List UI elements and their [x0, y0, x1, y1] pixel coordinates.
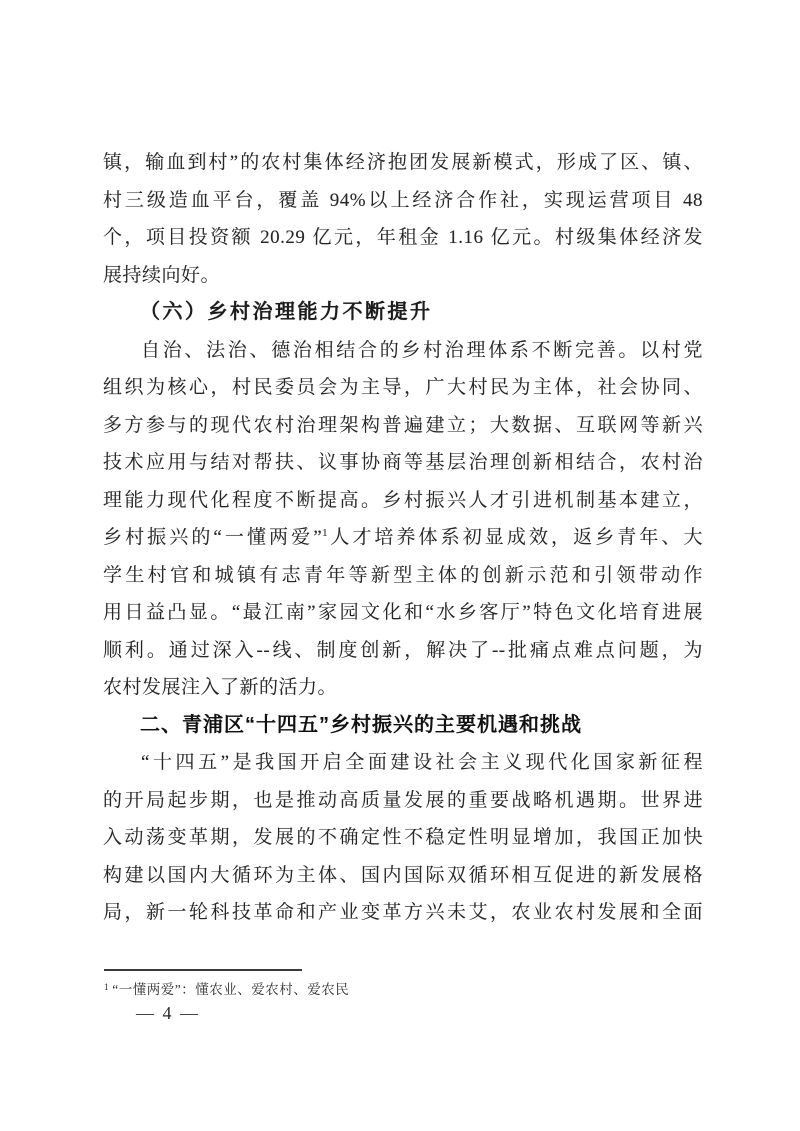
body-text-line: 个，项目投资额 20.29 亿元，年租金 1.16 亿元。村级集体经济发: [103, 219, 703, 257]
body-text-line: 镇，输血到村”的农村集体经济抱团发展新模式，形成了区、镇、: [103, 144, 703, 182]
section-6-heading: （六）乡村治理能力不断提升: [103, 294, 703, 332]
footnote-text: 1“一懂两爱”：懂农业、爱农村、爱农民: [104, 979, 664, 999]
body-text-line: 入动荡变革期，发展的不确定性不稳定性明显增加，我国正加快: [103, 819, 703, 857]
body-text-line: 村三级造血平台，覆盖 94%以上经济合作社，实现运营项目 48: [103, 182, 703, 220]
footnote-marker: 1: [104, 983, 109, 993]
body-text-segment: 人才培养体系初显成效，返乡青年、大: [328, 527, 703, 548]
body-text-segment: 乡村振兴的“一懂两爱”: [103, 527, 322, 548]
body-text-line: 学生村官和城镇有志青年等新型主体的创新示范和引领带动作: [103, 557, 703, 595]
body-text-line: “十四五”是我国开启全面建设社会主义现代化国家新征程: [103, 744, 703, 782]
page-number: — 4 —: [136, 1003, 200, 1024]
body-text-line: 自治、法治、德治相结合的乡村治理体系不断完善。以村党: [103, 332, 703, 370]
body-text-line-with-footnote-ref: 乡村振兴的“一懂两爱”1人才培养体系初显成效，返乡青年、大: [103, 519, 703, 557]
footnote-divider: [104, 969, 302, 971]
body-text-line: 构建以国内大循环为主体、国内国际双循环相互促进的新发展格: [103, 857, 703, 895]
body-text-line: 展持续向好。: [103, 257, 703, 295]
footnote-body: “一懂两爱”：懂农业、爱农村、爱农民: [112, 982, 349, 997]
section-2-heading: 二、青浦区“十四五”乡村振兴的主要机遇和挑战: [103, 707, 703, 745]
body-text-line: 局，新一轮科技革命和产业变革方兴未艾，农业农村发展和全面: [103, 894, 703, 932]
body-text-line: 农村发展注入了新的活力。: [103, 669, 703, 707]
body-text-line: 用日益凸显。“最江南”家园文化和“水乡客厅”特色文化培育进展: [103, 594, 703, 632]
body-text-line: 技术应用与结对帮扶、议事协商等基层治理创新相结合，农村治: [103, 444, 703, 482]
document-page: 镇，输血到村”的农村集体经济抱团发展新模式，形成了区、镇、 村三级造血平台，覆盖…: [0, 0, 800, 1131]
body-text-line: 顺利。通过深入--线、制度创新，解决了--批痛点难点问题，为: [103, 632, 703, 670]
body-text-line: 组织为核心，村民委员会为主导，广大村民为主体，社会协同、: [103, 369, 703, 407]
body-text-line: 理能力现代化程度不断提高。乡村振兴人才引进机制基本建立，: [103, 482, 703, 520]
document-text-block: 镇，输血到村”的农村集体经济抱团发展新模式，形成了区、镇、 村三级造血平台，覆盖…: [103, 144, 703, 932]
body-text-line: 的开局起步期，也是推动高质量发展的重要战略机遇期。世界进: [103, 782, 703, 820]
body-text-line: 多方参与的现代农村治理架构普遍建立；大数据、互联网等新兴: [103, 407, 703, 445]
